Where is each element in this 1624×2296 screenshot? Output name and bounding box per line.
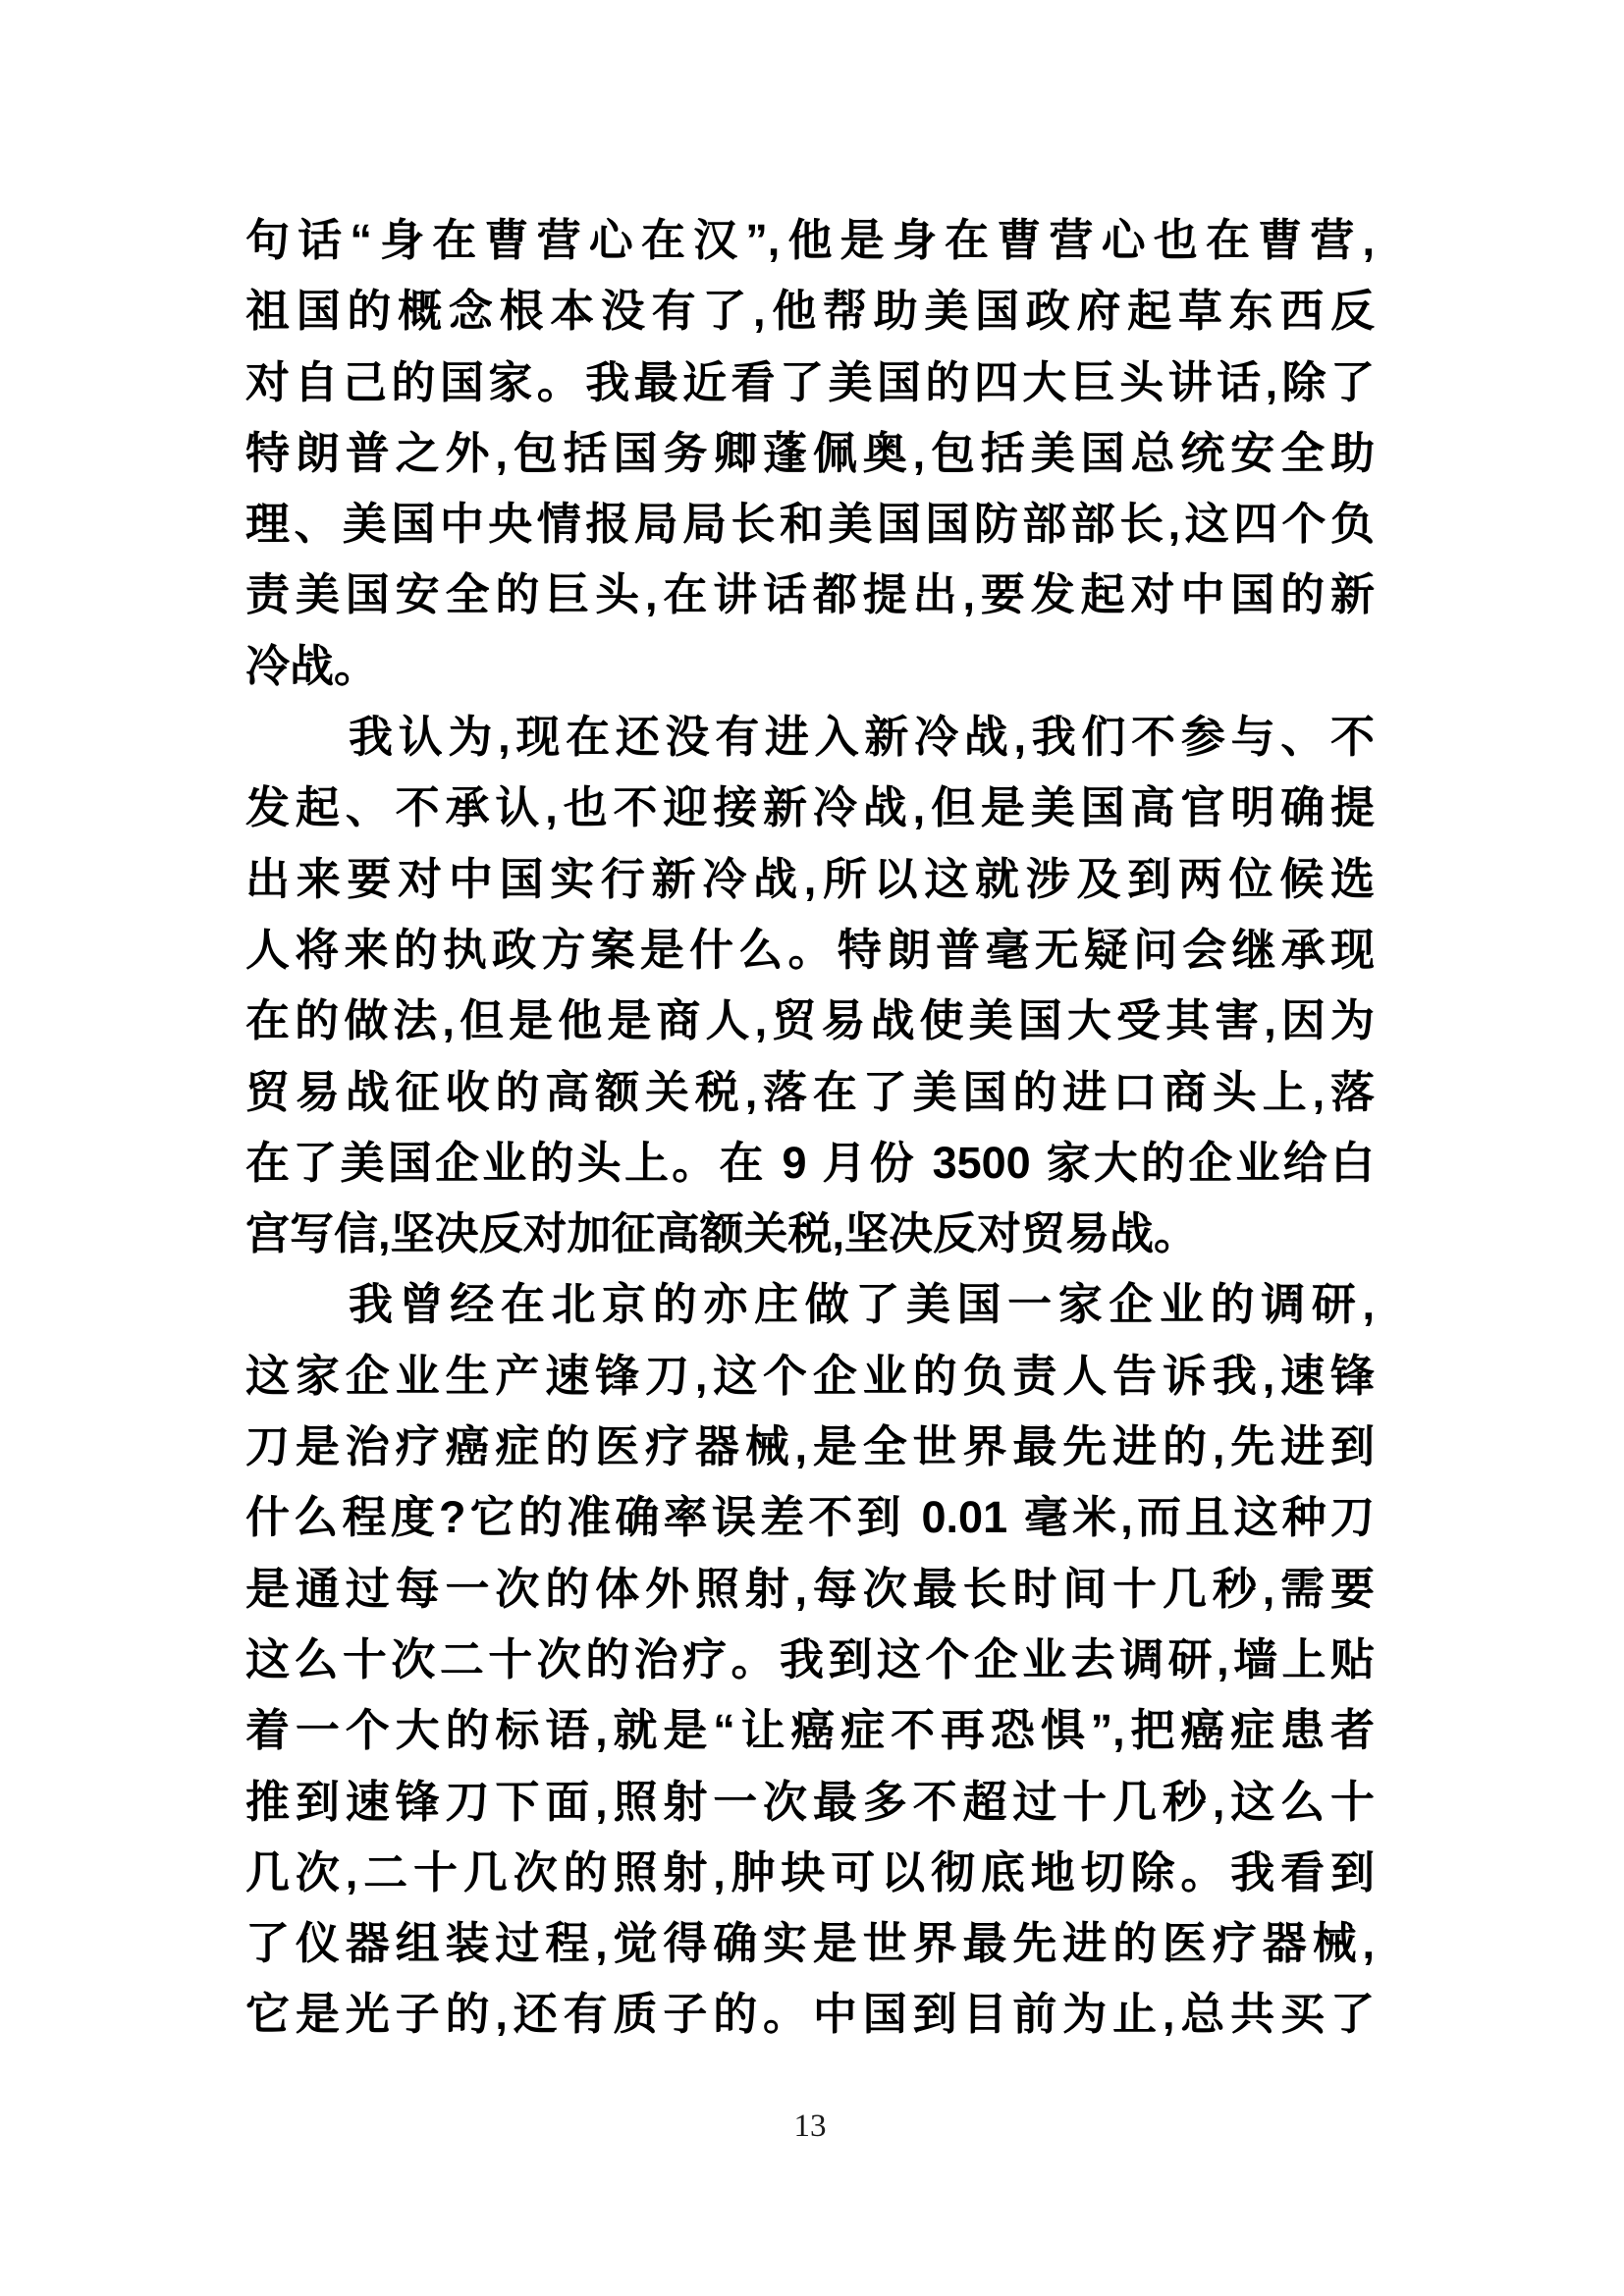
text-line: 句话“身在曹营心在汉”,他是身在曹营心也在曹营, — [245, 205, 1375, 276]
text-line: 责美国安全的巨头,在讲话都提出,要发起对中国的新 — [245, 560, 1375, 630]
text-line: 贸易战征收的高额关税,落在了美国的进口商头上,落 — [245, 1057, 1375, 1128]
page-number: 13 — [245, 2109, 1375, 2145]
text-line: 在了美国企业的头上。在 9 月份 3500 家大的企业给白 — [245, 1128, 1375, 1199]
text-line: 出来要对中国实行新冷战,所以这就涉及到两位候选 — [245, 844, 1375, 915]
body-text: 句话“身在曹营心在汉”,他是身在曹营心也在曹营,祖国的概念根本没有了,他帮助美国… — [245, 205, 1375, 2051]
text-line: 它是光子的,还有质子的。中国到目前为止,总共买了 — [245, 1979, 1375, 2050]
text-line: 几次,二十几次的照射,肿块可以彻底地切除。我看到 — [245, 1838, 1375, 1908]
text-line: 着一个大的标语,就是“让癌症不再恐惧”,把癌症患者 — [245, 1695, 1375, 1766]
text-line: 发起、不承认,也不迎接新冷战,但是美国高官明确提 — [245, 773, 1375, 843]
text-line: 刀是治疗癌症的医疗器械,是全世界最先进的,先进到 — [245, 1412, 1375, 1482]
text-line: 这么十次二十次的治疗。我到这个企业去调研,墙上贴 — [245, 1625, 1375, 1695]
text-line: 理、美国中央情报局局长和美国国防部部长,这四个负 — [245, 489, 1375, 560]
text-line: 推到速锋刀下面,照射一次最多不超过十几秒,这么十 — [245, 1767, 1375, 1838]
text-line: 是通过每一次的体外照射,每次最长时间十几秒,需要 — [245, 1554, 1375, 1625]
text-line: 对自己的国家。我最近看了美国的四大巨头讲话,除了 — [245, 347, 1375, 418]
text-line: 特朗普之外,包括国务卿蓬佩奥,包括美国总统安全助 — [245, 418, 1375, 489]
text-line: 我认为,现在还没有进入新冷战,我们不参与、不 — [245, 702, 1375, 773]
text-line: 宫写信,坚决反对加征高额关税,坚决反对贸易战。 — [245, 1199, 1375, 1269]
text-line: 人将来的执政方案是什么。特朗普毫无疑问会继承现 — [245, 915, 1375, 986]
text-line: 我曾经在北京的亦庄做了美国一家企业的调研, — [245, 1269, 1375, 1340]
text-line: 在的做法,但是他是商人,贸易战使美国大受其害,因为 — [245, 986, 1375, 1056]
text-line: 冷战。 — [245, 631, 1375, 702]
text-line: 什么程度?它的准确率误差不到 0.01 毫米,而且这种刀 — [245, 1482, 1375, 1553]
text-line: 了仪器组装过程,觉得确实是世界最先进的医疗器械, — [245, 1908, 1375, 1979]
text-line: 祖国的概念根本没有了,他帮助美国政府起草东西反 — [245, 276, 1375, 347]
document-page: 句话“身在曹营心在汉”,他是身在曹营心也在曹营,祖国的概念根本没有了,他帮助美国… — [0, 0, 1624, 2296]
text-line: 这家企业生产速锋刀,这个企业的负责人告诉我,速锋 — [245, 1341, 1375, 1412]
